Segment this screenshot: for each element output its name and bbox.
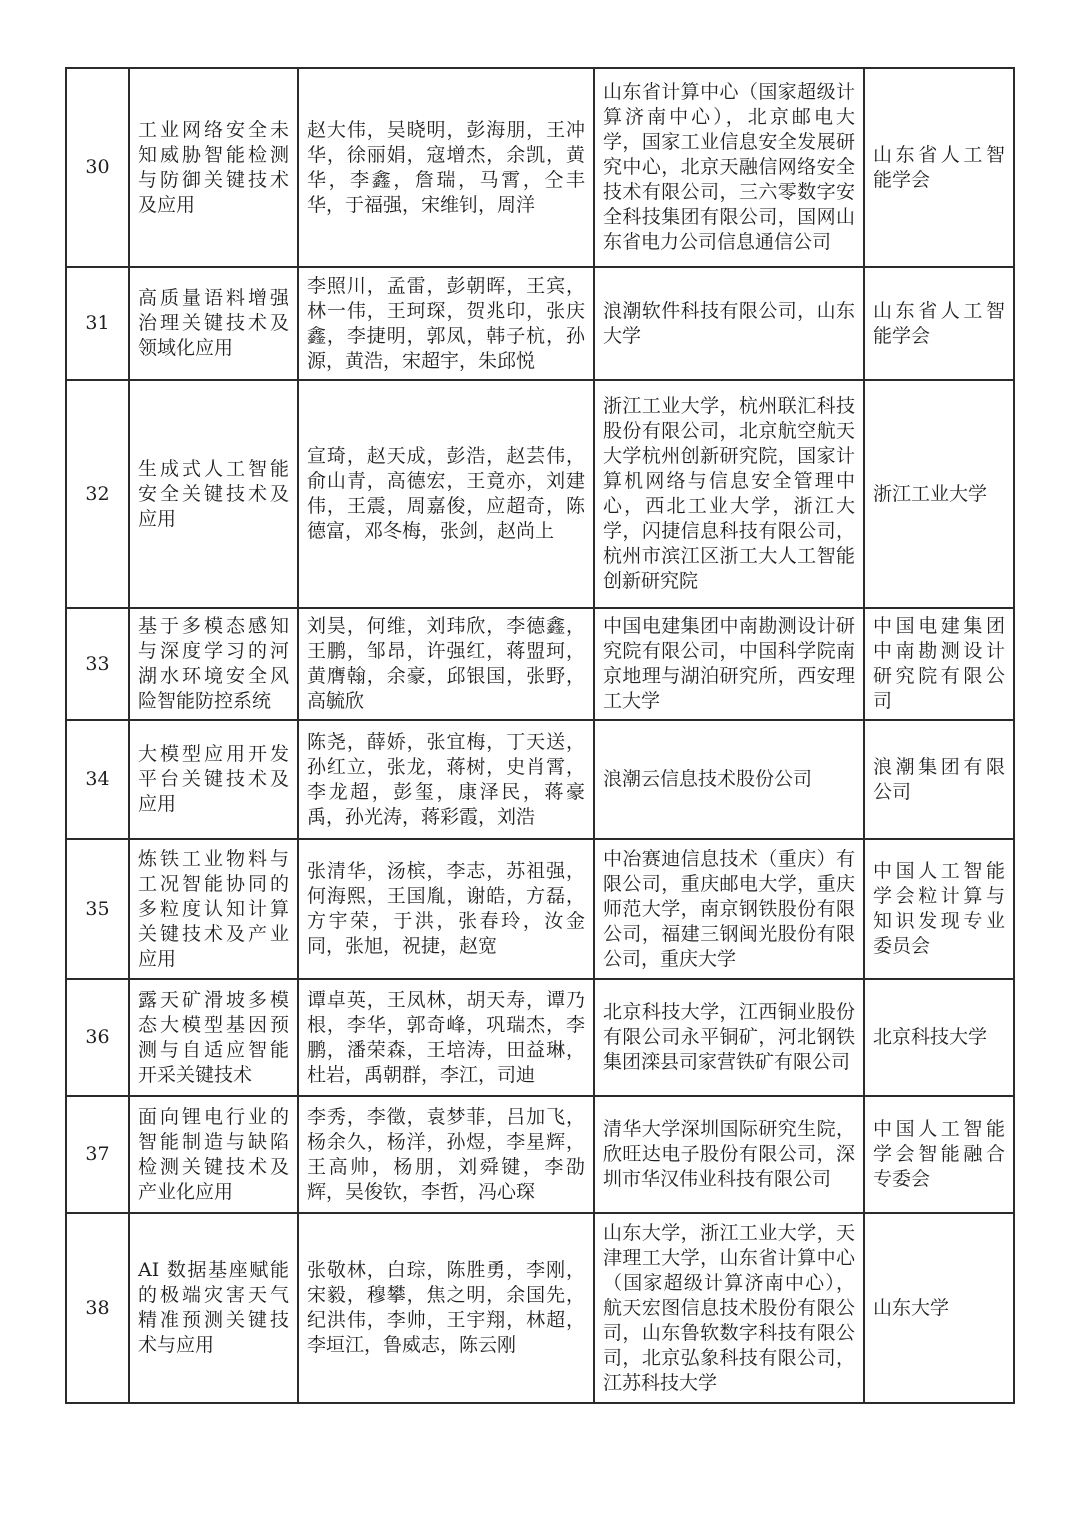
cell-project-title: 基于多模态感知与深度学习的河湖水环境安全风险智能防控系统 (129, 608, 298, 720)
serial-number-text: 36 (85, 1026, 109, 1048)
recommender-text: 北京科技大学 (873, 1026, 987, 1048)
organizations-text: 中国电建集团中南勘测设计研究院有限公司，中国科学院南京地理与湖泊研究所，西安理工… (603, 615, 855, 712)
cell-organizations: 中国电建集团中南勘测设计研究院有限公司，中国科学院南京地理与湖泊研究所，西安理工… (594, 608, 864, 720)
project-title-text: 基于多模态感知与深度学习的河湖水环境安全风险智能防控系统 (138, 615, 289, 712)
contributors-text: 李照川，孟雷，彭朝晖，王宾，林一伟，王珂琛，贺兆印，张庆鑫，李捷明，郭凤，韩子杭… (307, 275, 585, 372)
cell-project-title: 大模型应用开发平台关键技术及应用 (129, 720, 298, 839)
recommender-text: 山东省人工智能学会 (873, 144, 1005, 191)
table-row: 38 AI 数据基座赋能的极端灾害天气精准预测关键技术与应用 张敬林，白琮，陈胜… (66, 1213, 1014, 1403)
cell-project-title: 炼铁工业物料与工况智能协同的多粒度认知计算关键技术及产业应用 (129, 839, 298, 979)
serial-number-text: 30 (85, 156, 109, 178)
contributors-text: 陈尧，薛娇，张宜梅，丁天送，孙红立，张龙，蒋树，史肖霄，李龙超，彭玺，康泽民，蒋… (307, 731, 585, 828)
contributors-text: 张清华，汤槟，李志，苏祖强，何海熙，王国胤，谢皓，方磊，方宇荣，于洪，张春玲，汝… (307, 860, 585, 957)
award-table-body: 30 工业网络安全未知威胁智能检测与防御关键技术及应用 赵大伟，吴晓明，彭海朋，… (66, 68, 1014, 1403)
cell-recommender: 山东省人工智能学会 (864, 68, 1014, 267)
project-title-text: 生成式人工智能安全关键技术及应用 (138, 458, 289, 530)
contributors-text: 刘昊，何维，刘玮欣，李德鑫，王鹏，邹昂，许强红，蒋盟珂，黄膺翰，余豪，邱银国，张… (307, 615, 585, 712)
cell-recommender: 北京科技大学 (864, 979, 1014, 1096)
project-title-text: 面向锂电行业的智能制造与缺陷检测关键技术及产业化应用 (138, 1106, 289, 1203)
cell-recommender: 山东省人工智能学会 (864, 267, 1014, 380)
cell-serial-number: 32 (66, 380, 129, 608)
cell-project-title: 生成式人工智能安全关键技术及应用 (129, 380, 298, 608)
contributors-text: 李秀，李徵，袁梦菲，吕加飞，杨余久，杨洋，孙煜，李星辉，王高帅，杨朋，刘舜键，李… (307, 1106, 585, 1203)
recommender-text: 山东省人工智能学会 (873, 300, 1005, 347)
contributors-text: 谭卓英，王凤林，胡天寿，谭乃根，李华，郭奇峰，巩瑞杰，李鹏，潘荣森，王培涛，田益… (307, 989, 585, 1086)
recommender-text: 浙江工业大学 (873, 483, 987, 505)
cell-organizations: 山东省计算中心（国家超级计算济南中心），北京邮电大学，国家工业信息安全发展研究中… (594, 68, 864, 267)
organizations-text: 北京科技大学，江西铜业股份有限公司永平铜矿，河北钢铁集团滦县司家营铁矿有限公司 (603, 1001, 855, 1073)
cell-organizations: 浪潮云信息技术股份公司 (594, 720, 864, 839)
cell-project-title: 工业网络安全未知威胁智能检测与防御关键技术及应用 (129, 68, 298, 267)
cell-contributors: 张清华，汤槟，李志，苏祖强，何海熙，王国胤，谢皓，方磊，方宇荣，于洪，张春玲，汝… (298, 839, 594, 979)
cell-project-title: 高质量语料增强治理关键技术及领域化应用 (129, 267, 298, 380)
cell-project-title: 面向锂电行业的智能制造与缺陷检测关键技术及产业化应用 (129, 1096, 298, 1213)
cell-recommender: 浪潮集团有限公司 (864, 720, 1014, 839)
cell-contributors: 李照川，孟雷，彭朝晖，王宾，林一伟，王珂琛，贺兆印，张庆鑫，李捷明，郭凤，韩子杭… (298, 267, 594, 380)
project-title-text: 高质量语料增强治理关键技术及领域化应用 (138, 287, 289, 359)
cell-organizations: 清华大学深圳国际研究生院，欣旺达电子股份有限公司，深圳市华汉伟业科技有限公司 (594, 1096, 864, 1213)
serial-number-text: 31 (85, 312, 109, 334)
organizations-text: 浪潮云信息技术股份公司 (603, 768, 812, 790)
cell-recommender: 中国人工智能学会粒计算与知识发现专业委员会 (864, 839, 1014, 979)
table-row: 32 生成式人工智能安全关键技术及应用 宣琦，赵天成，彭浩，赵芸伟，俞山青，高德… (66, 380, 1014, 608)
recommender-text: 中国人工智能学会粒计算与知识发现专业委员会 (873, 860, 1005, 957)
recommender-text: 浪潮集团有限公司 (873, 756, 1005, 803)
cell-serial-number: 30 (66, 68, 129, 267)
recommender-text: 山东大学 (873, 1297, 949, 1319)
organizations-text: 清华大学深圳国际研究生院，欣旺达电子股份有限公司，深圳市华汉伟业科技有限公司 (603, 1118, 855, 1190)
cell-contributors: 李秀，李徵，袁梦菲，吕加飞，杨余久，杨洋，孙煜，李星辉，王高帅，杨朋，刘舜键，李… (298, 1096, 594, 1213)
serial-number-text: 34 (85, 768, 109, 790)
table-row: 33 基于多模态感知与深度学习的河湖水环境安全风险智能防控系统 刘昊，何维，刘玮… (66, 608, 1014, 720)
cell-contributors: 赵大伟，吴晓明，彭海朋，王冲华，徐丽娟，寇增杰，余凯，黄华，李鑫，詹瑞，马霄，仝… (298, 68, 594, 267)
serial-number-text: 37 (85, 1143, 109, 1165)
table-row: 34 大模型应用开发平台关键技术及应用 陈尧，薛娇，张宜梅，丁天送，孙红立，张龙… (66, 720, 1014, 839)
table-row: 30 工业网络安全未知威胁智能检测与防御关键技术及应用 赵大伟，吴晓明，彭海朋，… (66, 68, 1014, 267)
project-title-text: 露天矿滑坡多模态大模型基因预测与自适应智能开采关键技术 (138, 989, 289, 1086)
organizations-text: 浪潮软件科技有限公司，山东大学 (603, 300, 855, 347)
cell-serial-number: 33 (66, 608, 129, 720)
document-page: 30 工业网络安全未知威胁智能检测与防御关键技术及应用 赵大伟，吴晓明，彭海朋，… (0, 0, 1080, 1527)
cell-contributors: 张敬林，白琮，陈胜勇，李刚，宋毅，穆攀，焦之明，余国先，纪洪伟，李帅，王宇翔，林… (298, 1213, 594, 1403)
recommender-text: 中国电建集团中南勘测设计研究院有限公司 (873, 615, 1005, 712)
serial-number-text: 33 (85, 653, 109, 675)
organizations-text: 山东省计算中心（国家超级计算济南中心），北京邮电大学，国家工业信息安全发展研究中… (603, 81, 855, 253)
cell-contributors: 陈尧，薛娇，张宜梅，丁天送，孙红立，张龙，蒋树，史肖霄，李龙超，彭玺，康泽民，蒋… (298, 720, 594, 839)
cell-contributors: 宣琦，赵天成，彭浩，赵芸伟，俞山青，高德宏，王竟亦，刘建伟，王震，周嘉俊，应超奇… (298, 380, 594, 608)
cell-recommender: 浙江工业大学 (864, 380, 1014, 608)
serial-number-text: 35 (85, 898, 109, 920)
cell-project-title: 露天矿滑坡多模态大模型基因预测与自适应智能开采关键技术 (129, 979, 298, 1096)
project-title-text: 炼铁工业物料与工况智能协同的多粒度认知计算关键技术及产业应用 (138, 848, 289, 970)
cell-organizations: 浙江工业大学，杭州联汇科技股份有限公司，北京航空航天大学杭州创新研究院，国家计算… (594, 380, 864, 608)
table-row: 36 露天矿滑坡多模态大模型基因预测与自适应智能开采关键技术 谭卓英，王凤林，胡… (66, 979, 1014, 1096)
cell-recommender: 中国人工智能学会智能融合专委会 (864, 1096, 1014, 1213)
project-title-text: 工业网络安全未知威胁智能检测与防御关键技术及应用 (138, 119, 289, 216)
cell-serial-number: 36 (66, 979, 129, 1096)
cell-serial-number: 38 (66, 1213, 129, 1403)
serial-number-text: 32 (85, 483, 109, 505)
cell-project-title: AI 数据基座赋能的极端灾害天气精准预测关键技术与应用 (129, 1213, 298, 1403)
project-title-text: AI 数据基座赋能的极端灾害天气精准预测关键技术与应用 (138, 1259, 289, 1356)
cell-recommender: 中国电建集团中南勘测设计研究院有限公司 (864, 608, 1014, 720)
cell-recommender: 山东大学 (864, 1213, 1014, 1403)
table-row: 31 高质量语料增强治理关键技术及领域化应用 李照川，孟雷，彭朝晖，王宾，林一伟… (66, 267, 1014, 380)
cell-serial-number: 35 (66, 839, 129, 979)
serial-number-text: 38 (85, 1297, 109, 1319)
cell-organizations: 浪潮软件科技有限公司，山东大学 (594, 267, 864, 380)
contributors-text: 宣琦，赵天成，彭浩，赵芸伟，俞山青，高德宏，王竟亦，刘建伟，王震，周嘉俊，应超奇… (307, 445, 585, 542)
table-row: 37 面向锂电行业的智能制造与缺陷检测关键技术及产业化应用 李秀，李徵，袁梦菲，… (66, 1096, 1014, 1213)
cell-organizations: 中冶赛迪信息技术（重庆）有限公司，重庆邮电大学，重庆师范大学，南京钢铁股份有限公… (594, 839, 864, 979)
contributors-text: 张敬林，白琮，陈胜勇，李刚，宋毅，穆攀，焦之明，余国先，纪洪伟，李帅，王宇翔，林… (307, 1259, 585, 1356)
cell-contributors: 谭卓英，王凤林，胡天寿，谭乃根，李华，郭奇峰，巩瑞杰，李鹏，潘荣森，王培涛，田益… (298, 979, 594, 1096)
cell-organizations: 北京科技大学，江西铜业股份有限公司永平铜矿，河北钢铁集团滦县司家营铁矿有限公司 (594, 979, 864, 1096)
table-row: 35 炼铁工业物料与工况智能协同的多粒度认知计算关键技术及产业应用 张清华，汤槟… (66, 839, 1014, 979)
cell-contributors: 刘昊，何维，刘玮欣，李德鑫，王鹏，邹昂，许强红，蒋盟珂，黄膺翰，余豪，邱银国，张… (298, 608, 594, 720)
contributors-text: 赵大伟，吴晓明，彭海朋，王冲华，徐丽娟，寇增杰，余凯，黄华，李鑫，詹瑞，马霄，仝… (307, 119, 585, 216)
organizations-text: 山东大学，浙江工业大学，天津理工大学，山东省计算中心（国家超级计算济南中心），航… (603, 1222, 855, 1394)
organizations-text: 中冶赛迪信息技术（重庆）有限公司，重庆邮电大学，重庆师范大学，南京钢铁股份有限公… (603, 848, 855, 970)
project-title-text: 大模型应用开发平台关键技术及应用 (138, 743, 289, 815)
organizations-text: 浙江工业大学，杭州联汇科技股份有限公司，北京航空航天大学杭州创新研究院，国家计算… (603, 395, 855, 592)
cell-serial-number: 34 (66, 720, 129, 839)
award-table: 30 工业网络安全未知威胁智能检测与防御关键技术及应用 赵大伟，吴晓明，彭海朋，… (65, 67, 1015, 1404)
cell-serial-number: 31 (66, 267, 129, 380)
recommender-text: 中国人工智能学会智能融合专委会 (873, 1118, 1005, 1190)
cell-organizations: 山东大学，浙江工业大学，天津理工大学，山东省计算中心（国家超级计算济南中心），航… (594, 1213, 864, 1403)
cell-serial-number: 37 (66, 1096, 129, 1213)
